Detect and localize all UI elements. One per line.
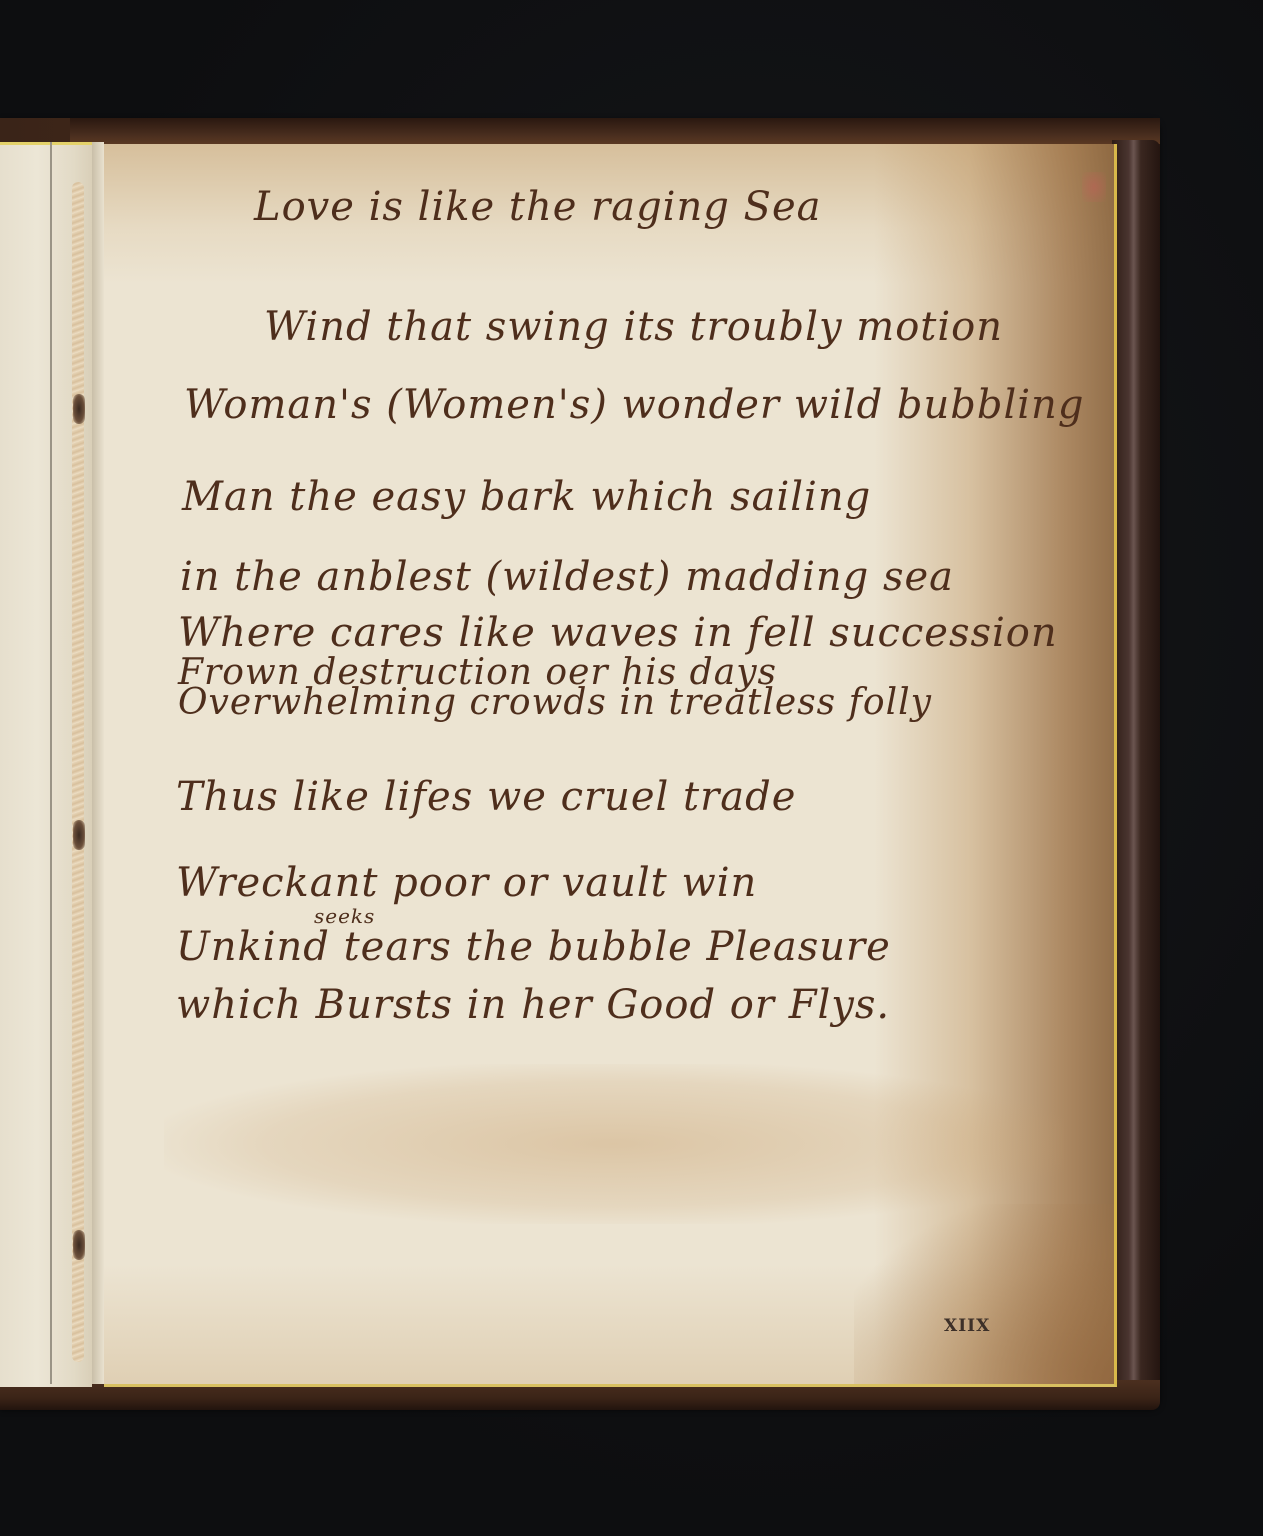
stain-corner <box>854 1204 1114 1384</box>
poem-line: Man the easy bark which sailing <box>182 474 871 520</box>
poem-line: Unkind tears the bubble Pleasure <box>176 924 891 970</box>
poem-line: Thus like lifes we cruel trade <box>176 774 796 820</box>
folio-number: XIIX <box>944 1316 990 1336</box>
page-gutter <box>92 142 104 1384</box>
poem-line: in the anblest (wildest) madding sea <box>180 554 954 600</box>
poem-title: Love is like the raging Sea <box>254 184 821 230</box>
binding-knot <box>73 394 85 424</box>
binding-knot <box>73 820 85 850</box>
poem-line: Woman's (Women's) wonder wild bubbling <box>184 382 1084 428</box>
binding-cord <box>72 182 84 1362</box>
flyleaf-fold-line <box>50 142 52 1384</box>
pink-mark <box>1082 172 1106 202</box>
cover-top-edge <box>70 118 1160 144</box>
cover-right-edge <box>1112 140 1160 1402</box>
poem-line: Overwhelming crowds in treatless folly <box>178 682 932 723</box>
poem-line: Where cares like waves in fell successio… <box>178 610 1058 656</box>
poem-line: Wind that swing its troubly motion <box>264 304 1003 350</box>
manuscript-page: Love is like the raging Sea Wind that sw… <box>104 144 1117 1387</box>
poem-line: Wreckant poor or vault win <box>176 860 757 906</box>
stain-water-mark <box>164 1064 1064 1224</box>
binding-knot <box>73 1230 85 1260</box>
poem-line: which Bursts in her Good or Flys. <box>176 982 890 1028</box>
